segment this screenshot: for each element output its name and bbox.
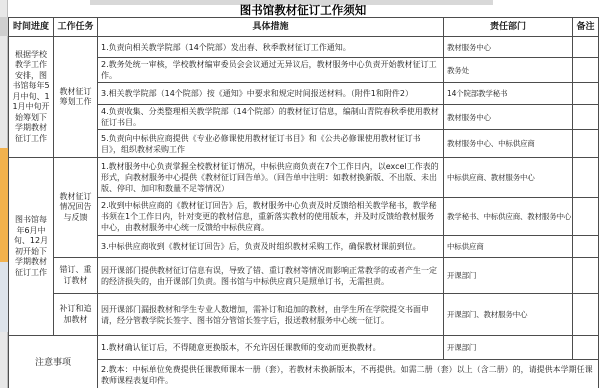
table-row: 根据学校教学工作安排，图书馆每年5月中旬、11月中旬开始筹划下学期教材征订工作 … xyxy=(9,37,599,58)
task-cell: 教材征订筹划工作 xyxy=(54,37,98,158)
dept-cell: 14个院部教学秘书 xyxy=(444,83,573,105)
remark-cell xyxy=(573,158,599,198)
task-cell: 错订、重订教材 xyxy=(54,258,98,294)
dept-cell: 教材服务中心 xyxy=(444,105,573,130)
table-header-row: 时间进度 工作任务 具体措施 责任部门 备注 xyxy=(9,18,599,37)
dept-cell: 开课部门 xyxy=(444,336,573,360)
measure-cell: 1.教材服务中心负责掌握全校教材征订情况，中标供应商负责在7个工作日内，以exc… xyxy=(98,158,444,198)
table-row: 补订和追加教材 因开课部门漏报教材和学生专业人数增加，需补订和追加的教材，由学生… xyxy=(9,294,599,336)
remark-cell xyxy=(573,198,599,236)
measure-cell: 因开课部门漏报教材和学生专业人数增加，需补订和追加的教材，由学生所在学院提交书面… xyxy=(98,294,444,336)
header-measure: 具体措施 xyxy=(98,18,444,37)
remark-cell xyxy=(573,83,599,105)
notice-table: 时间进度 工作任务 具体措施 责任部门 备注 根据学校教学工作安排，图书馆每年5… xyxy=(8,17,599,388)
dept-cell: 教材服务中心 xyxy=(444,37,573,58)
left-strip-blue-segment xyxy=(0,262,8,332)
time-cell: 根据学校教学工作安排，图书馆每年5月中旬、11月中旬开始筹划下学期教材征订工作 xyxy=(9,37,54,158)
left-strip-gray-segment xyxy=(0,17,8,36)
remark-cell xyxy=(573,236,599,258)
task-cell: 补订和追加教材 xyxy=(54,294,98,336)
measure-cell-wide: 2.教本：中标单位免费提供任课教师课本一册（套），若教材未换新版本，不再提供。如… xyxy=(98,360,599,388)
remark-cell xyxy=(573,105,599,130)
table-row: 错订、重订教材 因开课部门提供教材征订信息有误，导致了错、重订教材等情况而影响正… xyxy=(9,258,599,294)
table-row: 3.相关教学院部（14个院部）按《通知》中要求和规定时间报送材料。（附件1和附件… xyxy=(9,83,599,105)
table-row: 2.收到中标供应商的《教材征订回告》后，教材服务中心负责及时反馈给相关教学秘书，… xyxy=(9,198,599,236)
table-row: 2.教本：中标单位免费提供任课教师课本一册（套），若教材未换新版本，不再提供。如… xyxy=(9,360,599,388)
remark-cell xyxy=(573,294,599,336)
remark-cell xyxy=(573,58,599,83)
dept-cell: 开课部门 xyxy=(444,258,573,294)
remark-cell xyxy=(573,258,599,294)
dept-cell: 教学秘书、中标供应商、教材服务中心 xyxy=(444,198,573,236)
measure-cell: 1.负责向相关教学院部（14个院部）发出春、秋季教材征订工作通知。 xyxy=(98,37,444,58)
dept-cell: 中标供应商、教材服务中心 xyxy=(444,158,573,198)
task-cell-notice: 注意事项 xyxy=(9,336,98,388)
table-row: 5.负责向中标供应商提供《专业必修课使用教材征订书目》和《公共必修课使用教材征订… xyxy=(9,130,599,158)
dept-cell: 教务处 xyxy=(444,58,573,83)
remark-cell xyxy=(573,336,599,360)
measure-cell: 5.负责向中标供应商提供《专业必修课使用教材征订书目》和《公共必修课使用教材征订… xyxy=(98,130,444,158)
measure-cell: 1.教材确认征订后，不得随意更换版本，不允许因任课教师的变动而更换教材。 xyxy=(98,336,444,360)
measure-cell: 2.收到中标供应商的《教材征订回告》后，教材服务中心负责及时反馈给相关教学秘书，… xyxy=(98,198,444,236)
page-title: 图书馆教材征订工作须知 xyxy=(8,4,598,17)
document-window: 图书馆教材征订工作须知 时间进度 工作任务 具体措施 责任部门 备注 根据学校教… xyxy=(0,0,600,388)
table-row: 注意事项 1.教材确认征订后，不得随意更换版本，不允许因任课教师的变动而更换教材… xyxy=(9,336,599,360)
task-cell: 教材征订情况回告与反馈 xyxy=(54,158,98,258)
table-row: 2.教务处统一审核，学校教材编审委员会会议通过无异议后，教材服务中心负责开始教材… xyxy=(9,58,599,83)
table-row: 4.负责收集、分类整理相关教学院部（14个院部）的教材征订信息，编制山青院春秋季… xyxy=(9,105,599,130)
table-row: 3.中标供应商收到《教材征订回告》后，负责及时组织教材采购工作，确保教材课前到位… xyxy=(9,236,599,258)
header-remark: 备注 xyxy=(573,18,599,37)
dept-cell: 开课部门、教材服务中心 xyxy=(444,294,573,336)
header-time: 时间进度 xyxy=(9,18,54,37)
left-edge-strip xyxy=(0,0,8,388)
dept-cell: 教材服务中心、中标供应商 xyxy=(444,130,573,158)
header-dept: 责任部门 xyxy=(444,18,573,37)
measure-cell: 4.负责收集、分类整理相关教学院部（14个院部）的教材征订信息，编制山青院春秋季… xyxy=(98,105,444,130)
dept-cell: 中标供应商 xyxy=(444,236,573,258)
measure-cell: 2.教务处统一审核，学校教材编审委员会会议通过无异议后，教材服务中心负责开始教材… xyxy=(98,58,444,83)
measure-cell: 3.中标供应商收到《教材征订回告》后，负责及时组织教材采购工作，确保教材课前到位… xyxy=(98,236,444,258)
measure-cell: 3.相关教学院部（14个院部）按《通知》中要求和规定时间报送材料。（附件1和附件… xyxy=(98,83,444,105)
measure-cell: 因开课部门提供教材征订信息有误，导致了错、重订教材等情况而影响正常教学的或者产生… xyxy=(98,258,444,294)
left-strip-yellow-highlight xyxy=(0,148,8,262)
table-row: 图书馆每年6月中旬、12月初开始下学期教材征订工作 教材征订情况回告与反馈 1.… xyxy=(9,158,599,198)
remark-cell xyxy=(573,130,599,158)
remark-cell xyxy=(573,37,599,58)
header-task: 工作任务 xyxy=(54,18,98,37)
time-cell: 图书馆每年6月中旬、12月初开始下学期教材征订工作 xyxy=(9,158,54,336)
